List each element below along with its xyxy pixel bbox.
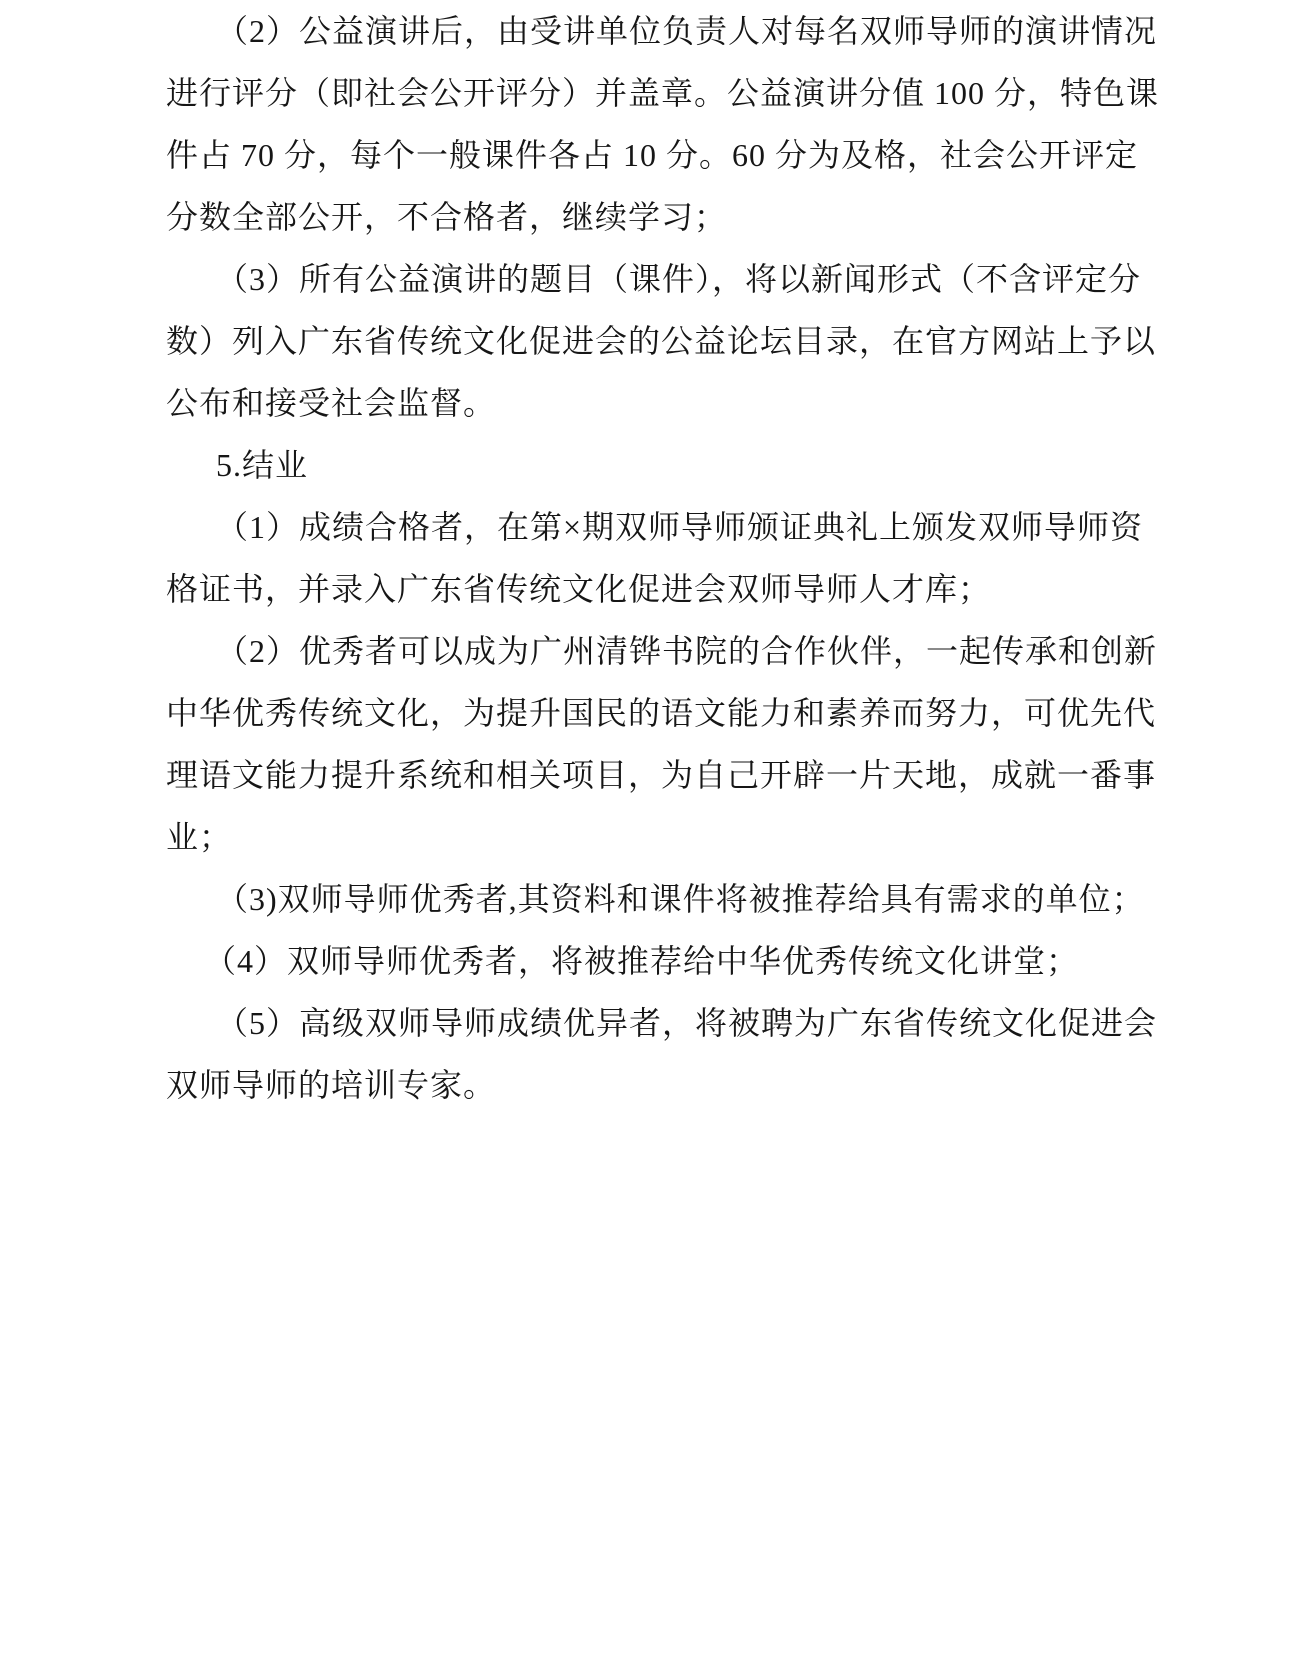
- text-line: 中华优秀传统文化，为提升国民的语文能力和素养而努力，可优先代: [166, 682, 1120, 744]
- text-line: 数）列入广东省传统文化促进会的公益论坛目录，在官方网站上予以: [166, 310, 1120, 372]
- text-line: 双师导师的培训专家。: [166, 1054, 1120, 1116]
- text-line: （3）所有公益演讲的题目（课件），将以新闻形式（不含评定分: [166, 248, 1120, 310]
- section-heading: 5.结业: [166, 434, 1120, 496]
- text-line: 格证书，并录入广东省传统文化促进会双师导师人才库；: [166, 558, 1120, 620]
- text-line: （5）高级双师导师成绩优异者，将被聘为广东省传统文化促进会: [166, 992, 1120, 1054]
- text-line: 分数全部公开，不合格者，继续学习；: [166, 186, 1120, 248]
- text-line: 进行评分（即社会公开评分）并盖章。公益演讲分值 100 分，特色课: [166, 62, 1120, 124]
- text-line: 公布和接受社会监督。: [166, 372, 1120, 434]
- text-line: （2）公益演讲后，由受讲单位负责人对每名双师导师的演讲情况: [166, 0, 1120, 62]
- text-block: （2）公益演讲后，由受讲单位负责人对每名双师导师的演讲情况 进行评分（即社会公开…: [166, 0, 1120, 1116]
- text-line: 业；: [166, 806, 1120, 868]
- document-page: （2）公益演讲后，由受讲单位负责人对每名双师导师的演讲情况 进行评分（即社会公开…: [0, 0, 1309, 1664]
- text-line: （2）优秀者可以成为广州清铧书院的合作伙伴，一起传承和创新: [166, 620, 1120, 682]
- text-line: 件占 70 分，每个一般课件各占 10 分。60 分为及格，社会公开评定: [166, 124, 1120, 186]
- text-line: （1）成绩合格者，在第×期双师导师颁证典礼上颁发双师导师资: [166, 496, 1120, 558]
- text-line: 理语文能力提升系统和相关项目，为自己开辟一片天地，成就一番事: [166, 744, 1120, 806]
- text-line: （3)双师导师优秀者,其资料和课件将被推荐给具有需求的单位；: [166, 868, 1120, 930]
- text-line: （4）双师导师优秀者，将被推荐给中华优秀传统文化讲堂；: [166, 930, 1120, 992]
